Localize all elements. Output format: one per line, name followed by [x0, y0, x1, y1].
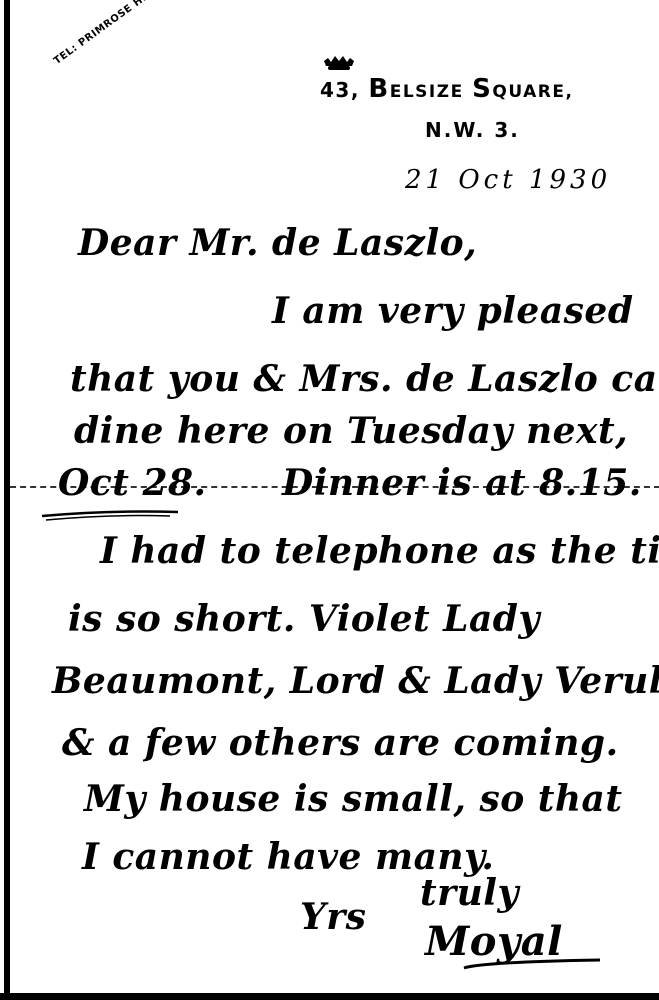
letterhead-postcode: N.W. 3.	[425, 118, 520, 142]
body-line-9: & a few others are coming.	[62, 722, 619, 764]
salutation: Dear Mr. de Laszlo,	[78, 222, 477, 264]
body-line-10: My house is small, so that	[84, 778, 623, 820]
date-underline	[40, 508, 180, 522]
address-elsize: ELSIZE	[390, 82, 464, 102]
address-initial-b: B	[368, 74, 389, 104]
closing-truly: truly	[420, 872, 519, 914]
closing-yrs: Yrs	[300, 896, 366, 938]
body-line-5: Dinner is at 8.15.	[282, 462, 642, 504]
address-quare: QUARE,	[492, 82, 573, 102]
body-line-1: I am very pleased	[272, 290, 634, 332]
scan-left-border	[4, 0, 10, 1000]
address-initial-s: S	[472, 74, 492, 104]
address-number: 43,	[320, 78, 360, 102]
body-line-4-date: Oct 28.	[58, 462, 207, 504]
letter-page: TEL: PRIMROSE HILL 1284. 43, BELSIZE SQU…	[0, 0, 659, 1000]
letter-date: 21 Oct 1930	[405, 165, 611, 195]
body-line-3: dine here on Tuesday next,	[74, 410, 628, 452]
body-line-2: that you & Mrs. de Laszlo can	[70, 358, 659, 400]
body-line-6: I had to telephone as the time	[100, 530, 659, 572]
letterhead-address: 43, BELSIZE SQUARE,	[320, 74, 573, 104]
signature-underline	[462, 958, 602, 970]
coronet-icon	[322, 55, 356, 71]
telephone-number: TEL: PRIMROSE HILL 1284.	[52, 0, 191, 67]
scan-bottom-border	[0, 993, 659, 1000]
body-line-7: is so short. Violet Lady	[68, 598, 540, 640]
body-line-8: Beaumont, Lord & Lady Verulam	[52, 660, 659, 702]
